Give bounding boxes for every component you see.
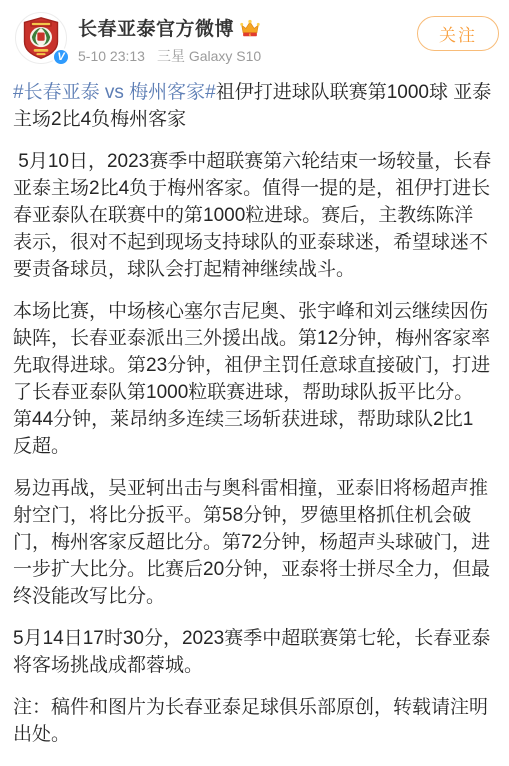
username[interactable]: 长春亚泰官方微博 <box>78 14 234 41</box>
post-headline: #长春亚泰 vs 梅州客家#祖伊打进球队联赛第1000球 亚泰主场2比4负梅州客… <box>13 79 492 133</box>
weibo-post-page: V 长春亚泰官方微博 6 5-10 23:13 三星 Galaxy S10 关注 <box>0 0 509 766</box>
user-info: 长春亚泰官方微博 6 5-10 23:13 三星 Galaxy S10 <box>78 12 417 66</box>
post-paragraph: 注：稿件和图片为长春亚泰足球俱乐部原创，转载请注明出处。 <box>13 694 492 748</box>
post-body: #长春亚泰 vs 梅州客家#祖伊打进球队联赛第1000球 亚泰主场2比4负梅州客… <box>0 79 509 748</box>
vip-level-text: 6 <box>249 32 251 36</box>
post-paragraph: 易边再战，吴亚轲出击与奥科雷相撞，亚泰旧将杨超声推射空门，将比分扳平。第58分钟… <box>13 475 492 610</box>
post-paragraph: 本场比赛，中场核心塞尔吉尼奥、张宇峰和刘云继续因伤缺阵，长春亚泰派出三外援出战。… <box>13 298 492 460</box>
hashtag-link[interactable]: #长春亚泰 vs 梅州客家# <box>13 82 216 103</box>
post-device[interactable]: 三星 Galaxy S10 <box>157 46 261 66</box>
post-paragraph: 5月14日17时30分，2023赛季中超联赛第七轮，长春亚泰将客场挑战成都蓉城。 <box>13 625 492 679</box>
follow-button[interactable]: 关注 <box>417 16 499 51</box>
post-paragraph: 5月10日，2023赛季中超联赛第六轮结束一场较量，长春亚泰主场2比4负于梅州客… <box>13 148 492 283</box>
vip-crown-icon: 6 <box>239 17 261 39</box>
verified-icon: V <box>52 48 70 66</box>
post-timestamp: 5-10 23:13 <box>78 48 145 64</box>
avatar[interactable]: V <box>15 12 67 64</box>
post-header: V 长春亚泰官方微博 6 5-10 23:13 三星 Galaxy S10 关注 <box>0 0 509 66</box>
